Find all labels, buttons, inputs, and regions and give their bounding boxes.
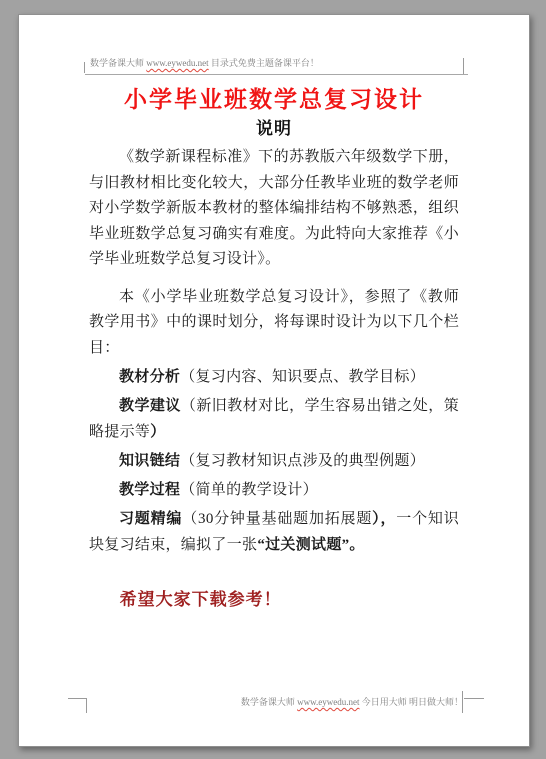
paragraph: 教材分析（复习内容、知识要点、教学目标）	[89, 364, 459, 390]
paragraph: 《数学新课程标准》下的苏教版六年级数学下册，与旧教材相比变化较大，大部分任教毕业…	[89, 145, 459, 273]
document-body: 《数学新课程标准》下的苏教版六年级数学下册，与旧教材相比变化较大，大部分任教毕业…	[89, 145, 459, 558]
closing-line: 希望大家下载参考！	[89, 588, 459, 612]
bold-text-segment: 习题精编	[119, 511, 182, 527]
margin-crop-mark	[463, 58, 464, 74]
text-segment: （30分钟量基础题加拓展题	[182, 511, 372, 527]
paragraph: 教学建议（新旧教材对比，学生容易出错之处，策略提示等）	[89, 393, 459, 445]
document-title: 小学毕业班数学总复习设计	[89, 85, 459, 115]
paragraph: 习题精编（30分钟量基础题加拓展题），一个知识块复习结束，编拟了一张“过关测试题…	[89, 506, 459, 558]
header-tagline: 目录式免费主题备课平台！	[211, 58, 319, 68]
document-content: 小学毕业班数学总复习设计 说明 《数学新课程标准》下的苏教版六年级数学下册，与旧…	[89, 81, 459, 612]
bold-text-segment: 教学建议	[119, 398, 181, 414]
header-site-name: 数学备课大师	[90, 58, 144, 68]
text-segment: 《数学新课程标准》下的苏教版六年级数学下册，与旧教材相比变化较大，大部分任教毕业…	[89, 149, 459, 267]
footer-url: www.eywedu.net	[297, 697, 359, 707]
footer-tagline: 今日用大师 明日做大师！	[362, 697, 463, 707]
margin-crop-mark	[464, 698, 484, 699]
bold-text-segment: 教材分析	[119, 369, 180, 385]
text-segment: （复习内容、知识要点、教学目标）	[180, 369, 425, 385]
margin-crop-mark	[84, 62, 85, 73]
bold-text-segment: 知识链结	[119, 453, 180, 469]
text-segment: 本《小学毕业班数学总复习设计》，参照了《教师教学用书》中的课时划分，将每课时设计…	[89, 289, 459, 356]
page-footer: 数学备课大师 www.eywedu.net 今日用大师 明日做大师！	[241, 696, 463, 709]
footer-site-name: 数学备课大师	[241, 697, 295, 707]
document-subtitle: 说明	[89, 117, 459, 140]
paragraph: 教学过程（简单的教学设计）	[89, 477, 459, 503]
bold-text-segment: 教学过程	[119, 482, 180, 498]
bold-text-segment: ）	[150, 424, 165, 440]
text-segment: （复习教材知识点涉及的典型例题）	[180, 453, 425, 469]
bold-text-segment: ），	[372, 511, 396, 527]
bold-text-segment: “过关测试题”。	[257, 537, 364, 553]
margin-crop-mark	[68, 698, 87, 713]
header-url: www.eywedu.net	[146, 58, 208, 68]
paragraph: 本《小学毕业班数学总复习设计》，参照了《教师教学用书》中的课时划分，将每课时设计…	[89, 285, 459, 362]
text-segment: （简单的教学设计）	[180, 482, 318, 498]
desktop-background: { "document": { "title": "小学毕业班数学总复习设计",…	[0, 0, 546, 759]
document-page[interactable]: 数学备课大师 www.eywedu.net 目录式免费主题备课平台！ 小学毕业班…	[18, 14, 530, 747]
paragraph: 知识链结（复习教材知识点涉及的典型例题）	[89, 448, 459, 474]
page-header: 数学备课大师 www.eywedu.net 目录式免费主题备课平台！	[85, 57, 468, 75]
